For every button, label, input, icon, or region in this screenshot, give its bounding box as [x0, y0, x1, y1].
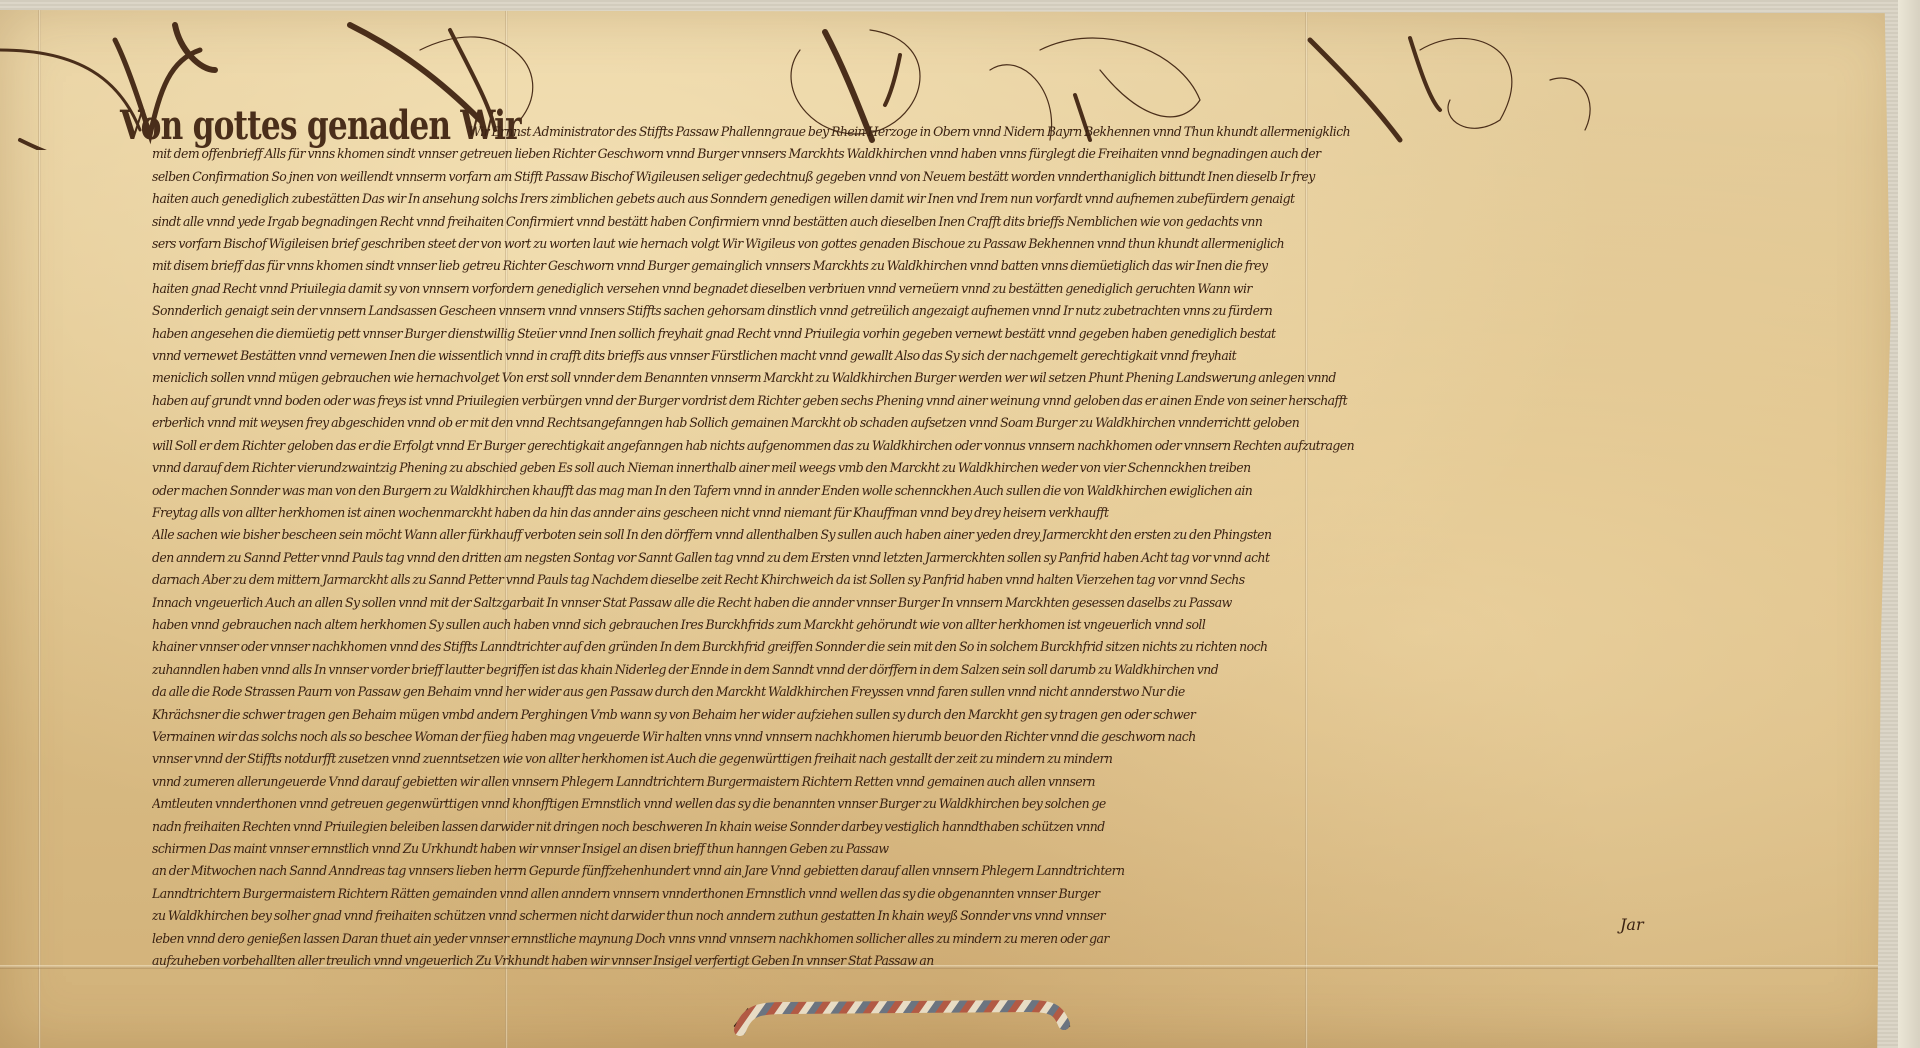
- text-line: da alle die Rode Strassen Paurn von Pass…: [152, 682, 1752, 704]
- text-line: Amtleuten vnnderthonen vnnd getreuen geg…: [152, 794, 1752, 816]
- text-line: Innach vngeuerlich Auch an allen Sy soll…: [152, 593, 1752, 615]
- text-line: darnach Aber zu dem mittern Jarmarckht a…: [152, 570, 1752, 592]
- text-line: haben auf grundt vnnd boden oder was fre…: [152, 391, 1752, 413]
- text-line: haben vnnd gebrauchen nach altem herkhom…: [152, 615, 1752, 637]
- text-line: Khrächsner die schwer tragen gen Behaim …: [152, 705, 1752, 727]
- text-line: nadn freihaiten Rechten vnnd Priuilegien…: [152, 817, 1752, 839]
- text-line: Wir Ernnst Administrator des Stiffts Pas…: [152, 122, 1752, 144]
- text-line: mit dem offenbrieff Alls für vnns khomen…: [152, 144, 1752, 166]
- text-line: Vermainen wir das solchs noch als so bes…: [152, 727, 1752, 749]
- text-line: haiten gnad Recht vnnd Priuilegia damit …: [152, 279, 1752, 301]
- backing-edge-right: [1898, 0, 1920, 1048]
- fold-line-left-margin: [38, 10, 41, 1048]
- text-line: haiten auch genediglich zubestätten Das …: [152, 189, 1752, 211]
- text-line: khainer vnnser oder vnnser nachkhomen vn…: [152, 637, 1752, 659]
- text-line: zuhanndlen haben vnnd alls In vnnser vor…: [152, 660, 1752, 682]
- text-line: Freytag alls von allter herkhomen ist ai…: [152, 503, 1752, 525]
- seal-cord: [728, 1000, 1078, 1040]
- text-line: will Soll er dem Richter geloben das er …: [152, 436, 1752, 458]
- text-line: sindt alle vnnd yede Irgab begnadingen R…: [152, 212, 1752, 234]
- text-line: Alle sachen wie bisher bescheen sein möc…: [152, 525, 1752, 547]
- text-line: selben Confirmation So jnen von weillend…: [152, 167, 1752, 189]
- text-line: zu Waldkhirchen bey solher gnad vnnd fre…: [152, 906, 1752, 928]
- text-line: den anndern zu Sannd Petter vnnd Pauls t…: [152, 548, 1752, 570]
- text-line: erberlich vnnd mit weysen frey abgeschid…: [152, 413, 1752, 435]
- text-line: Lanndtrichtern Burgermaistern Richtern R…: [152, 884, 1752, 906]
- charter-body-text: Wir Ernnst Administrator des Stiffts Pas…: [152, 122, 1872, 973]
- text-line: aufzuheben vorbehallten aller treulich v…: [152, 951, 1752, 973]
- text-line: Sonnderlich genaigt sein der vnnsern Lan…: [152, 301, 1752, 323]
- text-line: leben vnnd dero genießen lassen Daran th…: [152, 929, 1752, 951]
- text-line: mit disem brieff das für vnns khomen sin…: [152, 256, 1752, 278]
- closing-mark: Jar: [1620, 915, 1644, 934]
- text-line: haben angesehen die diemüetig pett vnnse…: [152, 324, 1752, 346]
- text-line: meniclich sollen vnnd mügen gebrauchen w…: [152, 368, 1752, 390]
- text-line: schirmen Das maint vnnser ernnstlich vnn…: [152, 839, 1752, 861]
- text-line: vnnd zumeren allerungeuerde Vnnd darauf …: [152, 772, 1752, 794]
- text-line: vnnd vernewet Bestätten vnnd vernewen In…: [152, 346, 1752, 368]
- text-line: an der Mitwochen nach Sannd Anndreas tag…: [152, 861, 1752, 883]
- text-line: sers vorfarn Bischof Wigileisen brief ge…: [152, 234, 1752, 256]
- text-line: vnnser vnnd der Stiffts notdurfft zusetz…: [152, 749, 1752, 771]
- parchment-sheet: Von gottes genaden Wir Wir Ernnst Admini…: [0, 10, 1900, 1048]
- text-line: oder machen Sonnder was man von den Burg…: [152, 481, 1752, 503]
- text-line: vnnd darauf dem Richter vierundzwaintzig…: [152, 458, 1752, 480]
